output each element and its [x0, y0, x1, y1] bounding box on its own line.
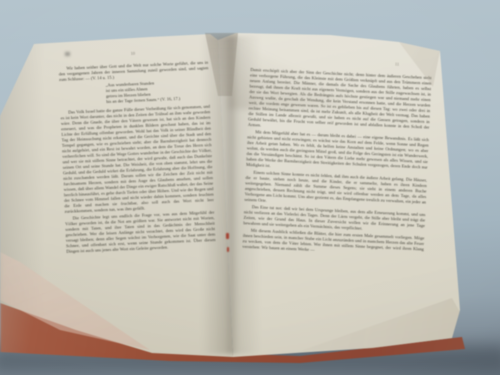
left-page-number: 10 — [58, 48, 208, 60]
open-book: 10 Wir haben seither über Gott und die W… — [0, 0, 500, 375]
right-page-crease — [228, 37, 343, 109]
verse-quote-block: „Aus wunderbaren Stunden ist uns ein sti… — [105, 79, 209, 105]
left-paragraph: Die Geschichte legt uns endlich die Frag… — [65, 210, 216, 255]
left-paragraph: Das Volk Israel hatte die ganze Fülle di… — [60, 104, 214, 215]
left-page-text-column: 10 Wir haben seither über Gott und die W… — [58, 48, 216, 256]
binding-thread — [226, 233, 229, 239]
pencil-mark — [65, 52, 70, 56]
binding-thread — [227, 247, 229, 252]
photo-open-book: 10 Wir haben seither über Gott und die W… — [0, 0, 500, 375]
right-paragraph: Mit dem Mitgefühl aber hat es — darum bl… — [246, 129, 429, 176]
